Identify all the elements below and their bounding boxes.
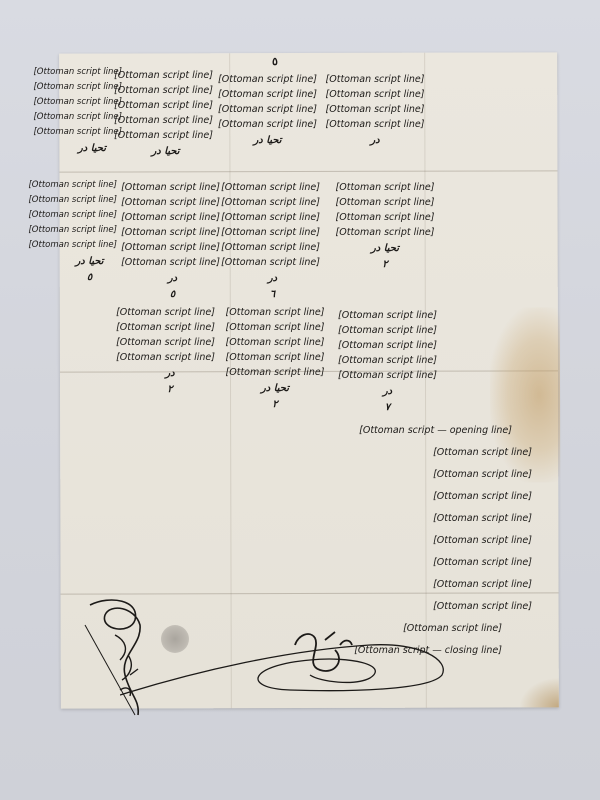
script-line: [Ottoman script line] xyxy=(210,117,325,132)
script-line: [Ottoman script line] xyxy=(62,95,122,110)
script-line: [Ottoman script line] xyxy=(62,193,117,208)
script-line: [Ottoman script line] xyxy=(225,305,325,320)
script-line: [Ottoman script line] xyxy=(225,210,320,225)
entry-closing: در xyxy=(330,384,445,399)
entry-closing: تحيا در xyxy=(330,241,440,256)
script-line: [Ottoman script line] xyxy=(125,180,220,195)
body-line: [Ottoman script line] xyxy=(62,442,532,464)
script-line: [Ottoman script line] xyxy=(62,223,117,238)
script-line: [Ottoman script line] xyxy=(125,210,220,225)
script-line: [Ottoman script line] xyxy=(225,365,325,380)
script-line: [Ottoman script line] xyxy=(330,323,445,338)
body-line: [Ottoman script line] xyxy=(62,574,532,596)
script-line: [Ottoman script line] xyxy=(118,128,213,143)
tughra-icon xyxy=(120,620,450,700)
script-line: [Ottoman script line] xyxy=(125,240,220,255)
body-line: [Ottoman script line] xyxy=(62,486,532,508)
body-line: [Ottoman script line] xyxy=(62,552,532,574)
script-line: [Ottoman script line] xyxy=(330,180,440,195)
entry-closing: در xyxy=(125,366,215,381)
script-line: [Ottoman script line] xyxy=(330,195,440,210)
script-line: [Ottoman script line] xyxy=(315,117,435,132)
entry-block: [Ottoman script line] [Ottoman script li… xyxy=(210,72,325,148)
script-line: [Ottoman script line] xyxy=(62,178,117,193)
body-line: [Ottoman script line] xyxy=(62,530,532,552)
script-line: [Ottoman script line] xyxy=(315,72,435,87)
script-line: [Ottoman script line] xyxy=(62,80,122,95)
script-line: [Ottoman script line] xyxy=(225,225,320,240)
entry-number: ٢ xyxy=(125,382,215,397)
script-line: [Ottoman script line] xyxy=(125,305,215,320)
script-line: [Ottoman script line] xyxy=(330,368,445,383)
script-line: [Ottoman script line] xyxy=(118,98,213,113)
body-line: [Ottoman script — opening line] xyxy=(62,420,532,442)
script-line: [Ottoman script line] xyxy=(125,335,215,350)
entry-block: [Ottoman script line] [Ottoman script li… xyxy=(125,180,220,302)
corner-stain xyxy=(519,677,559,707)
entry-block: [Ottoman script line] [Ottoman script li… xyxy=(330,180,440,272)
script-line: [Ottoman script line] xyxy=(118,68,213,83)
script-line: [Ottoman script line] xyxy=(118,113,213,128)
entry-number: ٢ xyxy=(330,257,440,272)
entry-block: [Ottoman script line] [Ottoman script li… xyxy=(225,305,325,412)
script-line: [Ottoman script line] xyxy=(62,125,122,140)
entry-closing: تحيا در xyxy=(62,254,117,269)
page-mark: ٥ xyxy=(272,55,278,68)
script-line: [Ottoman script line] xyxy=(62,238,117,253)
script-line: [Ottoman script line] xyxy=(125,195,220,210)
script-line: [Ottoman script line] xyxy=(330,210,440,225)
script-line: [Ottoman script line] xyxy=(125,320,215,335)
entry-block: [Ottoman script line] [Ottoman script li… xyxy=(118,68,213,159)
entry-number: ٦ xyxy=(225,287,320,302)
script-line: [Ottoman script line] xyxy=(210,72,325,87)
script-line: [Ottoman script line] xyxy=(225,335,325,350)
script-line: [Ottoman script line] xyxy=(225,195,320,210)
script-line: [Ottoman script line] xyxy=(225,240,320,255)
entry-closing: تحيا در xyxy=(118,144,213,159)
script-line: [Ottoman script line] xyxy=(62,208,117,223)
script-line: [Ottoman script line] xyxy=(210,102,325,117)
body-line: [Ottoman script line] xyxy=(62,464,532,486)
script-line: [Ottoman script line] xyxy=(225,180,320,195)
script-line: [Ottoman script line] xyxy=(330,338,445,353)
script-line: [Ottoman script line] xyxy=(125,225,220,240)
script-line: [Ottoman script line] xyxy=(225,350,325,365)
script-line: [Ottoman script line] xyxy=(330,353,445,368)
entry-closing: تحيا در xyxy=(210,133,325,148)
script-line: [Ottoman script line] xyxy=(62,65,122,80)
entry-block: [Ottoman script line] [Ottoman script li… xyxy=(62,65,122,156)
entry-number: ٥ xyxy=(62,270,117,285)
body-line: [Ottoman script line] xyxy=(62,508,532,530)
entry-closing: تحيا در xyxy=(225,381,325,396)
entry-number: ٥ xyxy=(125,287,220,302)
script-line: [Ottoman script line] xyxy=(225,320,325,335)
entry-block: [Ottoman script line] [Ottoman script li… xyxy=(330,308,445,415)
entry-block: [Ottoman script line] [Ottoman script li… xyxy=(62,178,117,285)
entry-block: [Ottoman script line] [Ottoman script li… xyxy=(225,180,320,302)
script-line: [Ottoman script line] xyxy=(62,110,122,125)
entry-number: ٢ xyxy=(225,397,325,412)
entry-closing: در xyxy=(125,271,220,286)
entry-block: [Ottoman script line] [Ottoman script li… xyxy=(315,72,435,148)
script-line: [Ottoman script line] xyxy=(118,83,213,98)
entry-closing: در xyxy=(315,133,435,148)
script-line: [Ottoman script line] xyxy=(315,87,435,102)
script-line: [Ottoman script line] xyxy=(315,102,435,117)
fold-line xyxy=(59,170,557,172)
script-line: [Ottoman script line] xyxy=(330,225,440,240)
entry-closing: تحيا در xyxy=(62,141,122,156)
script-line: [Ottoman script line] xyxy=(225,255,320,270)
script-line: [Ottoman script line] xyxy=(210,87,325,102)
script-line: [Ottoman script line] xyxy=(330,308,445,323)
entry-block: [Ottoman script line] [Ottoman script li… xyxy=(125,305,215,397)
entry-number: ٧ xyxy=(330,400,445,415)
entry-closing: در xyxy=(225,271,320,286)
script-line: [Ottoman script line] xyxy=(125,350,215,365)
script-line: [Ottoman script line] xyxy=(125,255,220,270)
